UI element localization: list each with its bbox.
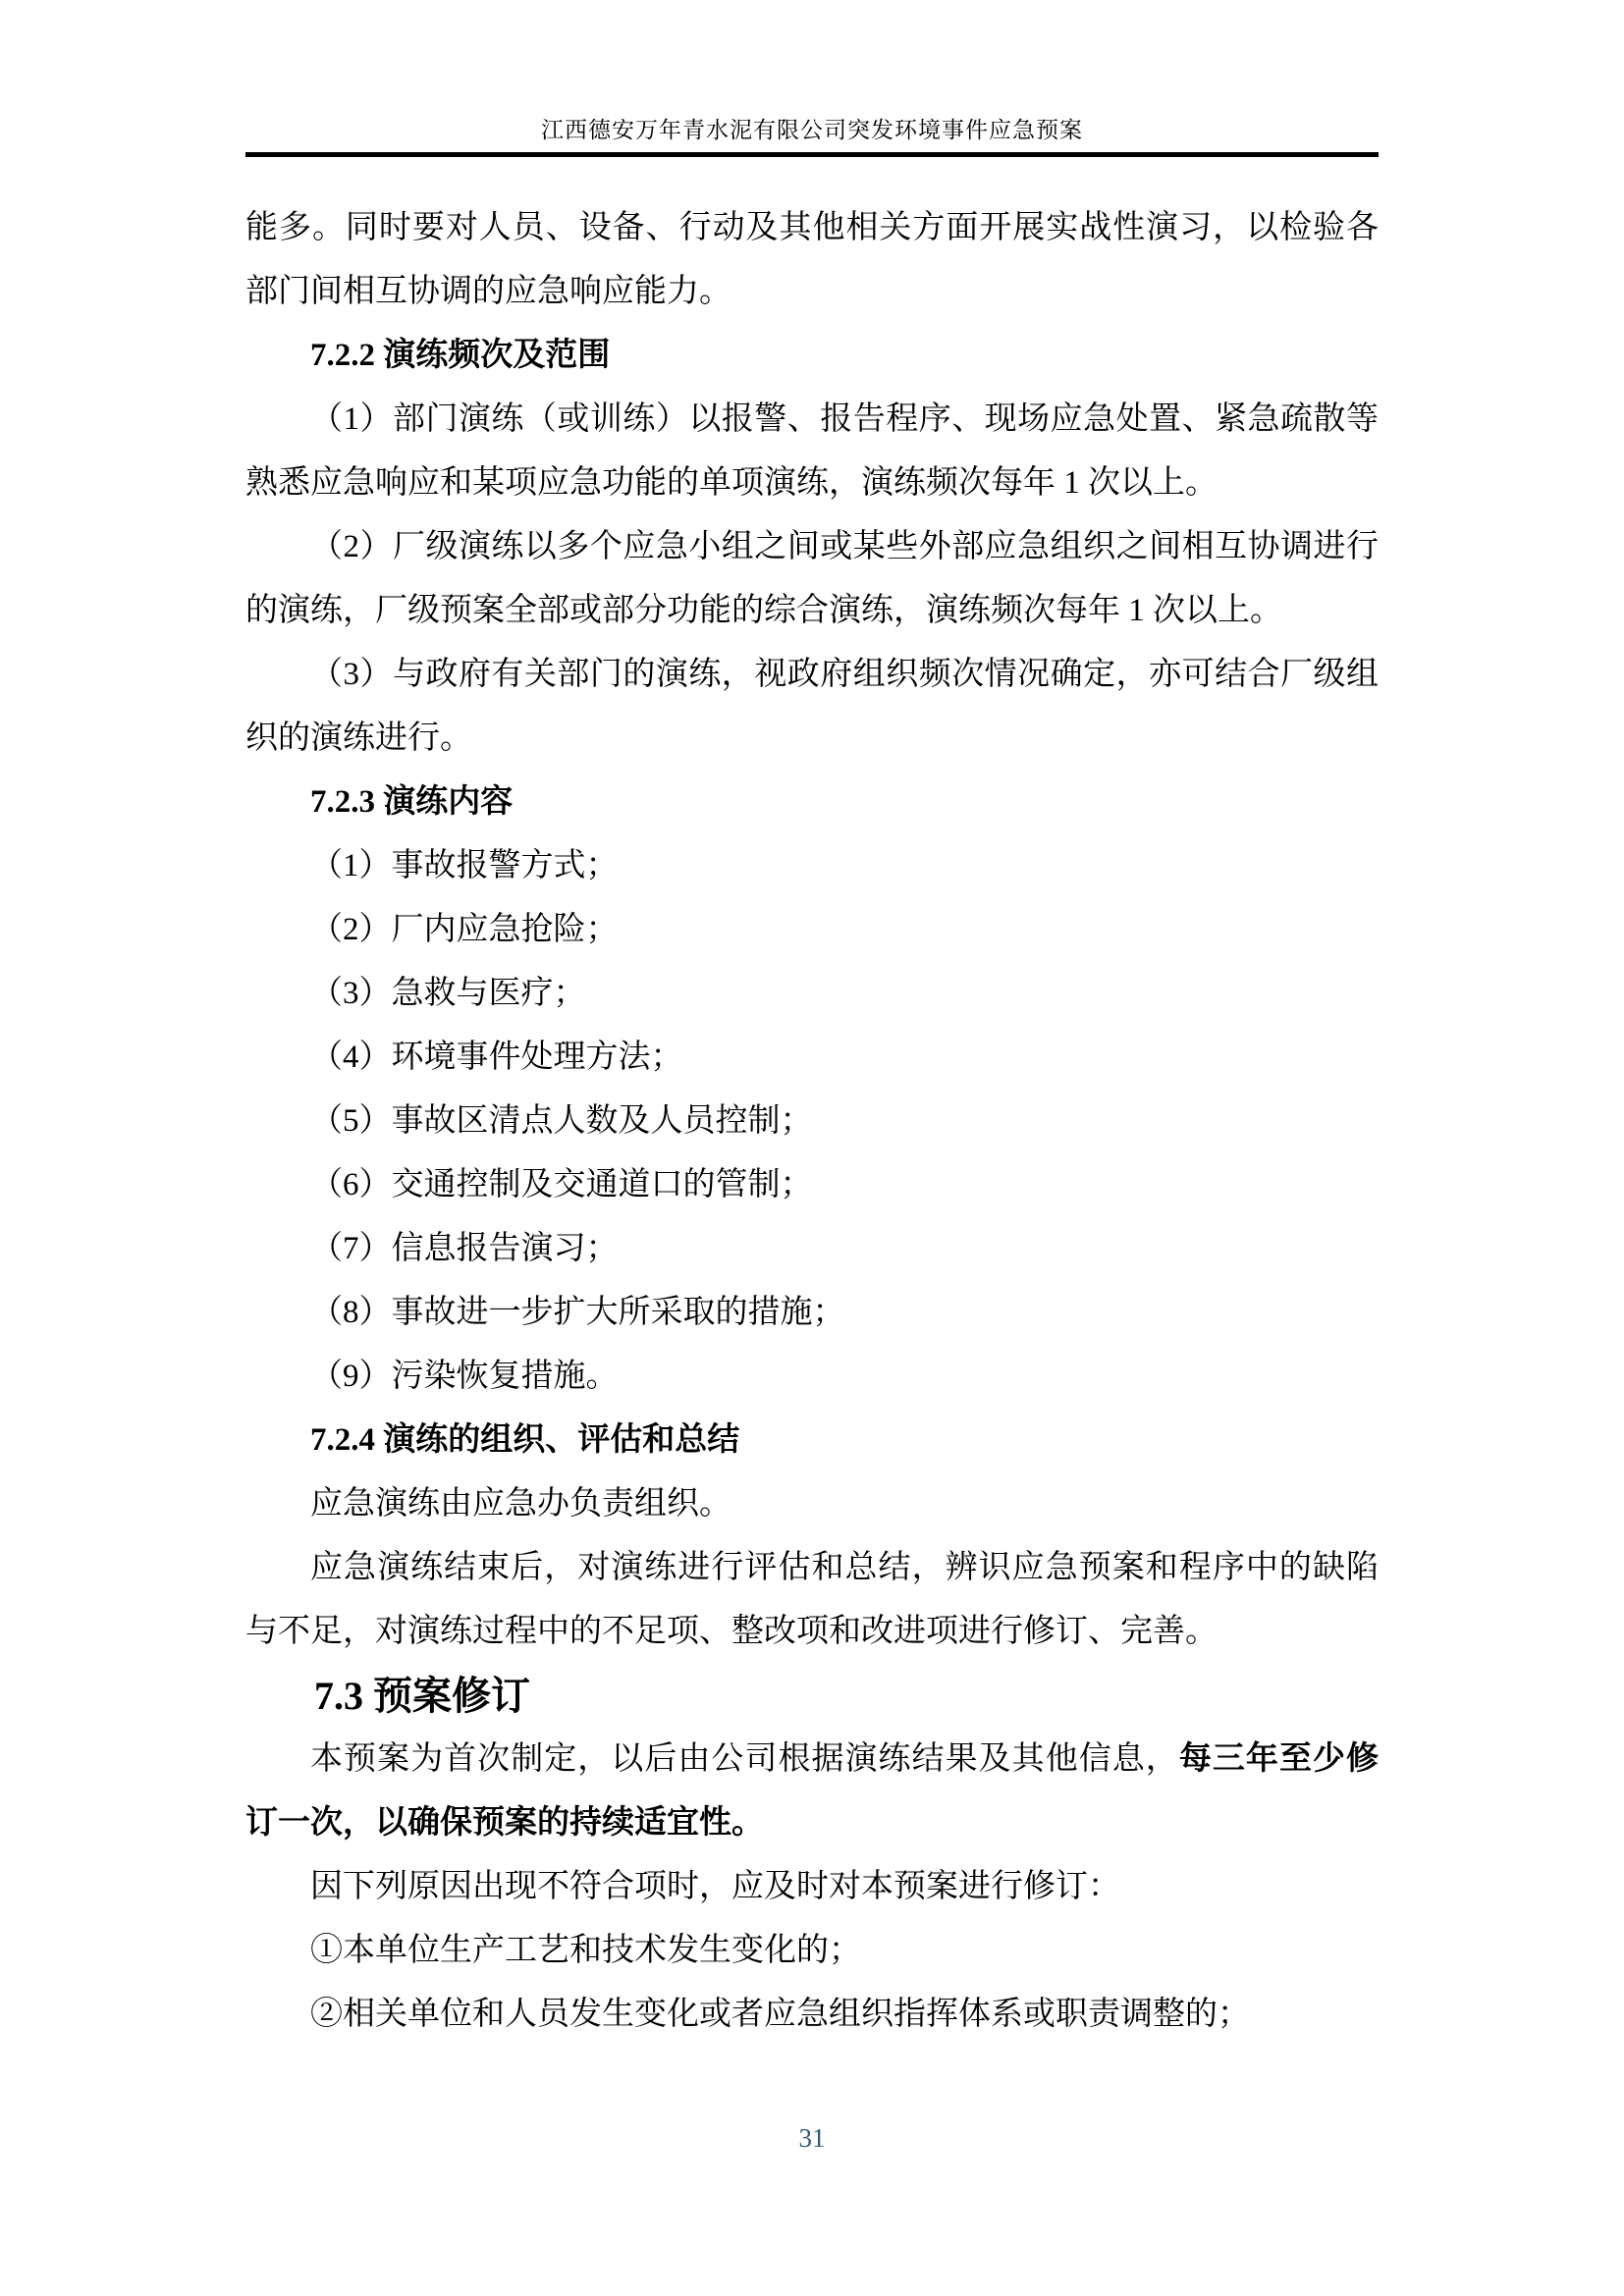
intro-continuation-paragraph: 能多。同时要对人员、设备、行动及其他相关方面开展实战性演习，以检验各部门间相互协… (245, 196, 1379, 324)
paragraph-722-1: （1）部门演练（或训练）以报警、报告程序、现场应急处置、紧急疏散等熟悉应急响应和… (245, 388, 1379, 515)
paragraph-724-2: 应急演练结束后，对演练进行评估和总结，辨识应急预案和程序中的缺陷与不足，对演练过… (245, 1536, 1379, 1664)
list-item-723-5: （5）事故区清点人数及人员控制； (245, 1090, 1379, 1153)
list-item-723-2: （2）厂内应急抢险； (245, 898, 1379, 962)
list-item-723-8: （8）事故进一步扩大所采取的措施； (245, 1281, 1379, 1345)
list-item-723-9: （9）污染恢复措施。 (245, 1345, 1379, 1409)
paragraph-722-3: （3）与政府有关部门的演练，视政府组织频次情况确定，亦可结合厂级组织的演练进行。 (245, 643, 1379, 771)
page-header: 江西德安万年青水泥有限公司突发环境事件应急预案 (245, 116, 1379, 157)
header-rule (245, 152, 1379, 157)
list-item-723-7: （7）信息报告演习； (245, 1217, 1379, 1281)
section-heading-724: 7.2.4 演练的组织、评估和总结 (245, 1409, 1379, 1472)
paragraph-73-revision: 本预案为首次制定，以后由公司根据演练结果及其他信息，每三年至少修订一次，以确保预… (245, 1728, 1379, 1855)
paragraph-73-reasons-lead: 因下列原因出现不符合项时，应及时对本预案进行修订： (245, 1855, 1379, 1919)
page-header-title: 江西德安万年青水泥有限公司突发环境事件应急预案 (245, 116, 1379, 145)
section-heading-723: 7.2.3 演练内容 (245, 771, 1379, 834)
section-heading-73: 7.3 预案修订 (245, 1664, 1379, 1728)
revision-text-normal: 本预案为首次制定，以后由公司根据演练结果及其他信息， (310, 1741, 1179, 1777)
paragraph-73-reason-2: ②相关单位和人员发生变化或者应急组织指挥体系或职责调整的； (245, 1983, 1379, 2047)
list-item-723-6: （6）交通控制及交通道口的管制； (245, 1153, 1379, 1217)
list-item-723-4: （4）环境事件处理方法； (245, 1026, 1379, 1090)
document-page: 江西德安万年青水泥有限公司突发环境事件应急预案 能多。同时要对人员、设备、行动及… (0, 0, 1624, 2296)
list-item-723-3: （3）急救与医疗； (245, 962, 1379, 1026)
page-footer: 31 (0, 2120, 1624, 2156)
paragraph-724-1: 应急演练由应急办负责组织。 (245, 1472, 1379, 1536)
list-item-723-1: （1）事故报警方式； (245, 834, 1379, 898)
section-heading-722: 7.2.2 演练频次及范围 (245, 324, 1379, 388)
paragraph-722-2: （2）厂级演练以多个应急小组之间或某些外部应急组织之间相互协调进行的演练，厂级预… (245, 515, 1379, 643)
paragraph-73-reason-1: ①本单位生产工艺和技术发生变化的； (245, 1919, 1379, 1983)
page-number: 31 (799, 2123, 826, 2153)
document-body: 能多。同时要对人员、设备、行动及其他相关方面开展实战性演习，以检验各部门间相互协… (245, 196, 1379, 2047)
